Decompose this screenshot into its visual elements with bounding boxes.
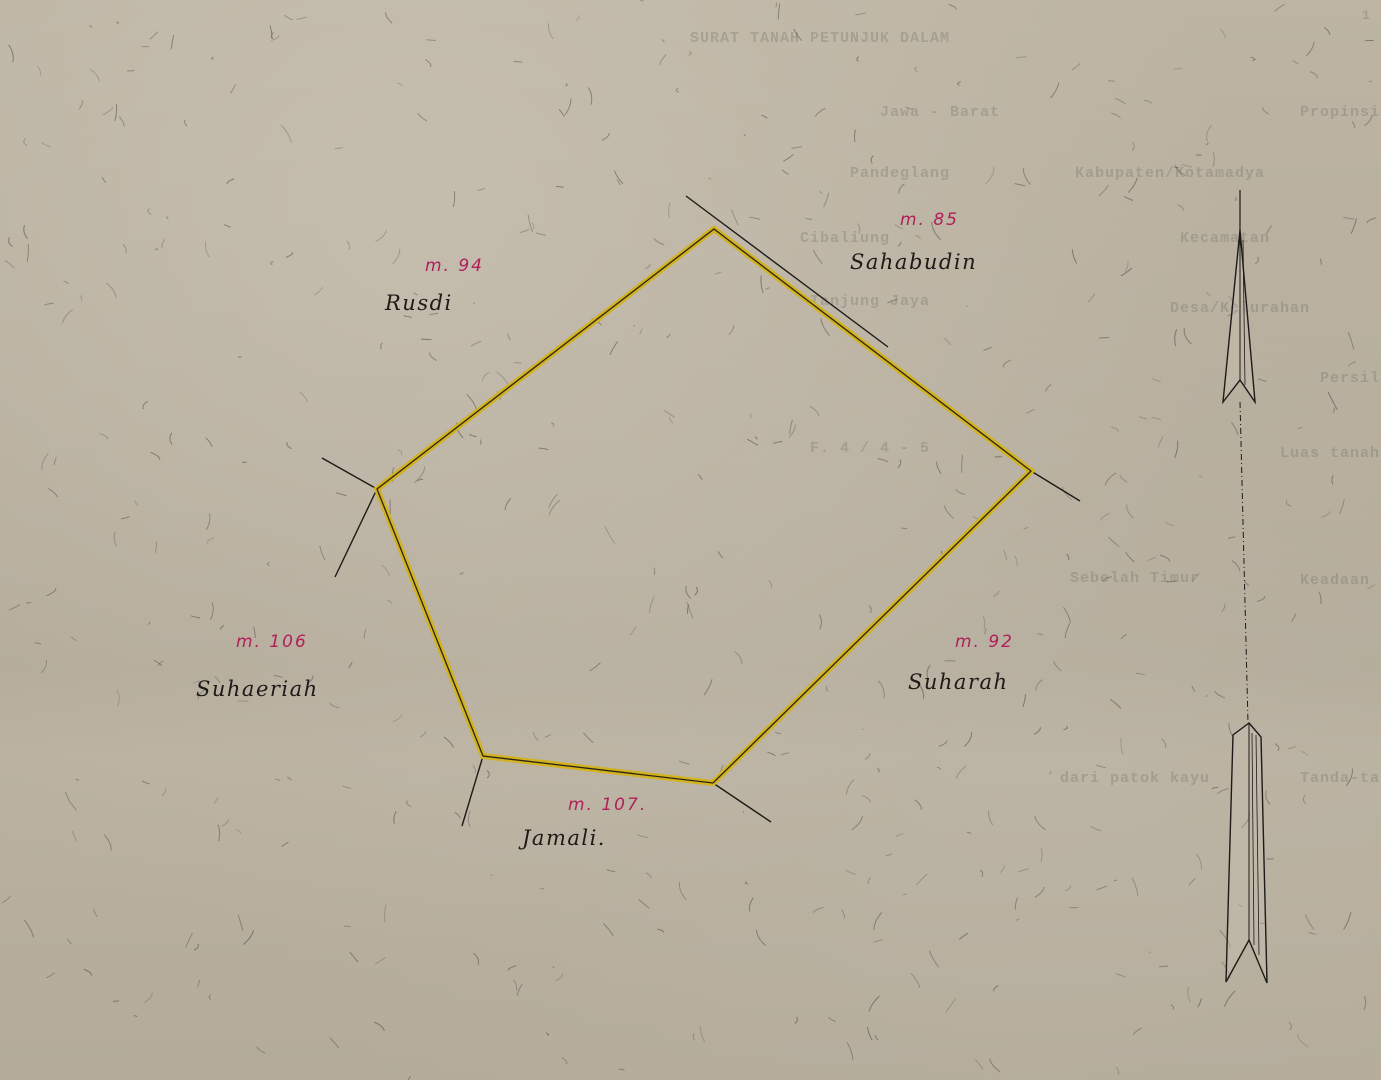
- boundary-tick-line: [335, 489, 377, 577]
- boundary-tick-line: [322, 458, 377, 489]
- neighbor-owner-west: Suhaeriah: [196, 677, 319, 701]
- boundary-tick-line: [713, 783, 771, 822]
- plot-reference-north-east: m. 85: [900, 210, 959, 230]
- neighbor-owner-north-east: Sahabudin: [850, 250, 977, 274]
- north-arrow-icon: [1223, 190, 1267, 983]
- boundary-tick-line: [462, 756, 483, 826]
- neighbor-owner-north-west: Rusdi: [385, 291, 453, 315]
- page-number: 1: [1362, 8, 1371, 23]
- parcel-outline-ink: [377, 229, 1031, 783]
- parcel-sketch-map: SURAT TANAH PETUNJUK DALAMPropinsiJawa -…: [0, 0, 1381, 1080]
- neighbor-owner-south: Jamali.: [522, 826, 606, 850]
- plot-reference-west: m. 106: [236, 632, 308, 652]
- parcel-outline-highlight: [377, 229, 1031, 783]
- neighbor-owner-east: Suharah: [908, 670, 1009, 694]
- plot-reference-north-west: m. 94: [425, 256, 484, 276]
- parcel-drawing: [0, 0, 1381, 1080]
- plot-reference-south: m. 107.: [568, 795, 647, 815]
- plot-reference-east: m. 92: [955, 632, 1014, 652]
- boundary-tick-line: [1031, 471, 1080, 501]
